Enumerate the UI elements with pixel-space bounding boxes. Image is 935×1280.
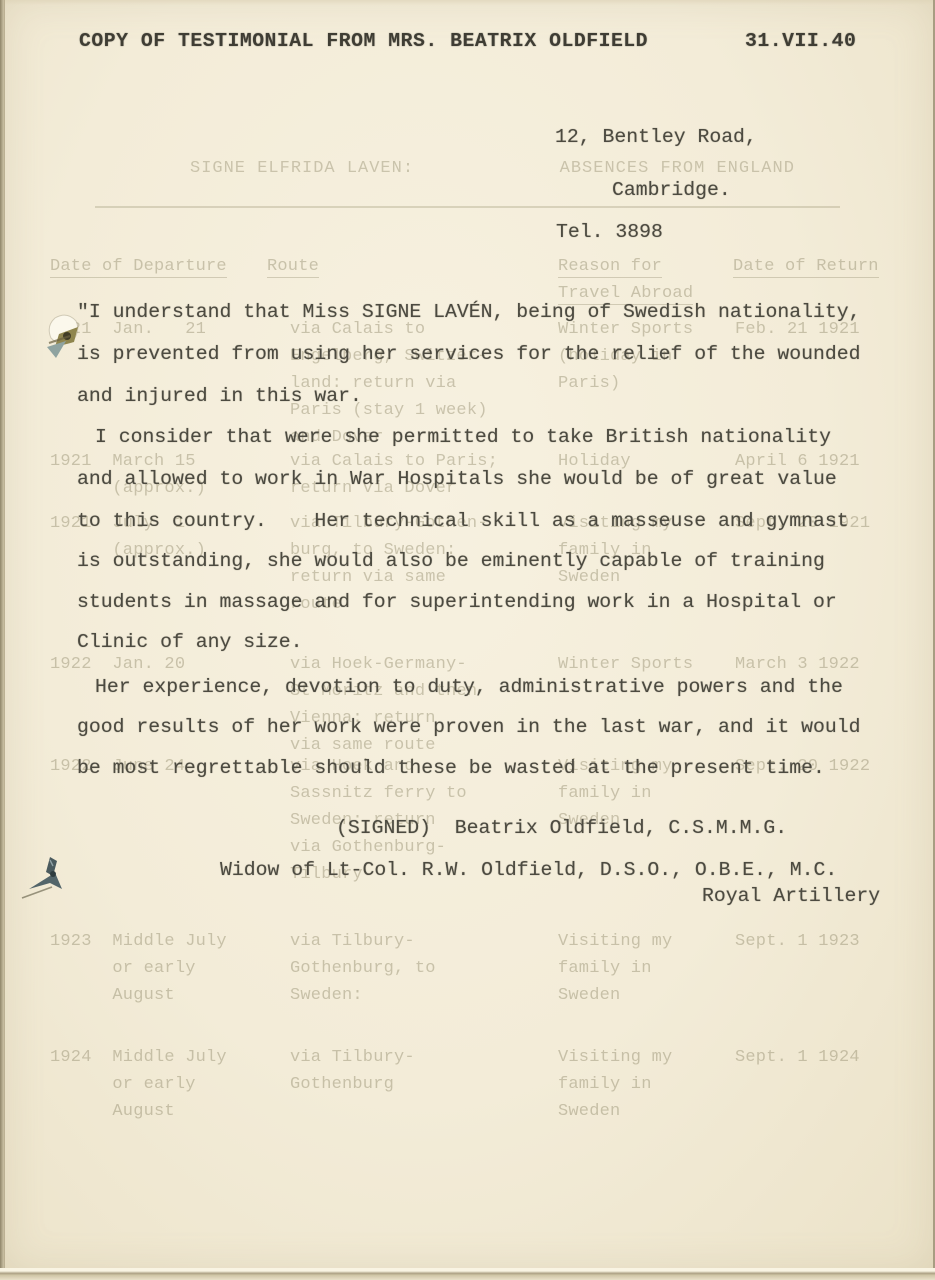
telephone-line: Tel. 3898	[556, 221, 663, 243]
bleedthrough-text: Visiting my	[558, 932, 672, 951]
bleedthrough-text: via Tilbury-	[290, 1048, 415, 1067]
paper-fastener-top	[39, 312, 91, 375]
bleedthrough-text: Reason for	[558, 257, 662, 278]
bleedthrough-text: August	[50, 986, 175, 1005]
body-line: be most regrettable should these be wast…	[77, 757, 825, 779]
signature-line: Royal Artillery	[702, 885, 880, 907]
document-title: COPY OF TESTIMONIAL FROM MRS. BEATRIX OL…	[79, 30, 648, 52]
signature-line: (SIGNED) Beatrix Oldfield, C.S.M.M.G.	[336, 817, 787, 839]
address-line: 12, Bentley Road,	[555, 126, 757, 148]
paper-sheet: SIGNE ELFRIDA LAVEN: ABSENCES FROM ENGLA…	[5, 0, 933, 1271]
bleedthrough-text: or early	[50, 959, 196, 978]
bleedthrough-text: Visiting my	[558, 1048, 672, 1067]
bleedthrough-text: 1922 Jan. 20	[50, 655, 185, 674]
bleedthrough-text: Sweden	[558, 1102, 620, 1121]
bleedthrough-text: Gothenburg, to	[290, 959, 436, 978]
bleedthrough-text: Winter Sports	[558, 655, 693, 674]
bleedthrough-text: or early	[50, 1075, 196, 1094]
bleedthrough-underline	[95, 206, 840, 208]
document-date: 31.VII.40	[745, 30, 856, 52]
bleedthrough-text: via same route	[290, 736, 436, 755]
bleedthrough-text: Paris)	[558, 374, 620, 393]
body-line: students in massage and for superintendi…	[77, 591, 837, 613]
body-line: and allowed to work in War Hospitals she…	[77, 468, 837, 490]
body-line: good results of her work were proven in …	[77, 716, 860, 738]
scanned-document: { "document": { "header": { "title": "CO…	[0, 0, 935, 1280]
bleedthrough-text: March 3 1922	[735, 655, 860, 674]
address-line: Cambridge.	[612, 179, 731, 201]
bleedthrough-text: Gothenburg	[290, 1075, 394, 1094]
bleedthrough-text: Sept. 1 1923	[735, 932, 860, 951]
bleedthrough-text: family in	[558, 959, 652, 978]
body-line: is prevented from using her services for…	[77, 343, 860, 365]
body-line: I consider that were she permitted to ta…	[95, 426, 831, 448]
bleedthrough-text: Sassnitz ferry to	[290, 784, 467, 803]
page-bottom-edge	[0, 1268, 935, 1280]
bleedthrough-text: Sweden	[558, 986, 620, 1005]
body-line: Clinic of any size.	[77, 631, 303, 653]
bleedthrough-text: Date of Departure	[50, 257, 227, 278]
body-line: to this country. Her technical skill as …	[77, 510, 849, 532]
bleedthrough-text: via Gothenburg-	[290, 838, 446, 857]
bleedthrough-text: 1923 Middle July	[50, 932, 227, 951]
bleedthrough-text: family in	[558, 1075, 652, 1094]
bleedthrough-text: Route	[267, 257, 319, 278]
bleedthrough-text: SIGNE ELFRIDA LAVEN: ABSENCES FROM ENGLA…	[190, 159, 795, 178]
body-line: and injured in this war.	[77, 385, 362, 407]
bleedthrough-text: family in	[558, 784, 652, 803]
bleedthrough-text: August	[50, 1102, 175, 1121]
bleedthrough-text: via Hoek-Germany-	[290, 655, 467, 674]
bleedthrough-text: 1924 Middle July	[50, 1048, 227, 1067]
bleedthrough-text: Sept. 1 1924	[735, 1048, 860, 1067]
bleedthrough-text: Date of Return	[733, 257, 879, 278]
body-line: Her experience, devotion to duty, admini…	[95, 676, 843, 698]
body-line: "I understand that Miss SIGNE LAVÉN, bei…	[77, 301, 860, 323]
paper-fastener-bottom	[17, 854, 73, 915]
signature-line: Widow of Lt-Col. R.W. Oldfield, D.S.O., …	[220, 859, 837, 881]
body-line: is outstanding, she would also be eminen…	[77, 550, 825, 572]
bleedthrough-text: via Tilbury-	[290, 932, 415, 951]
bleedthrough-text: Sweden:	[290, 986, 363, 1005]
